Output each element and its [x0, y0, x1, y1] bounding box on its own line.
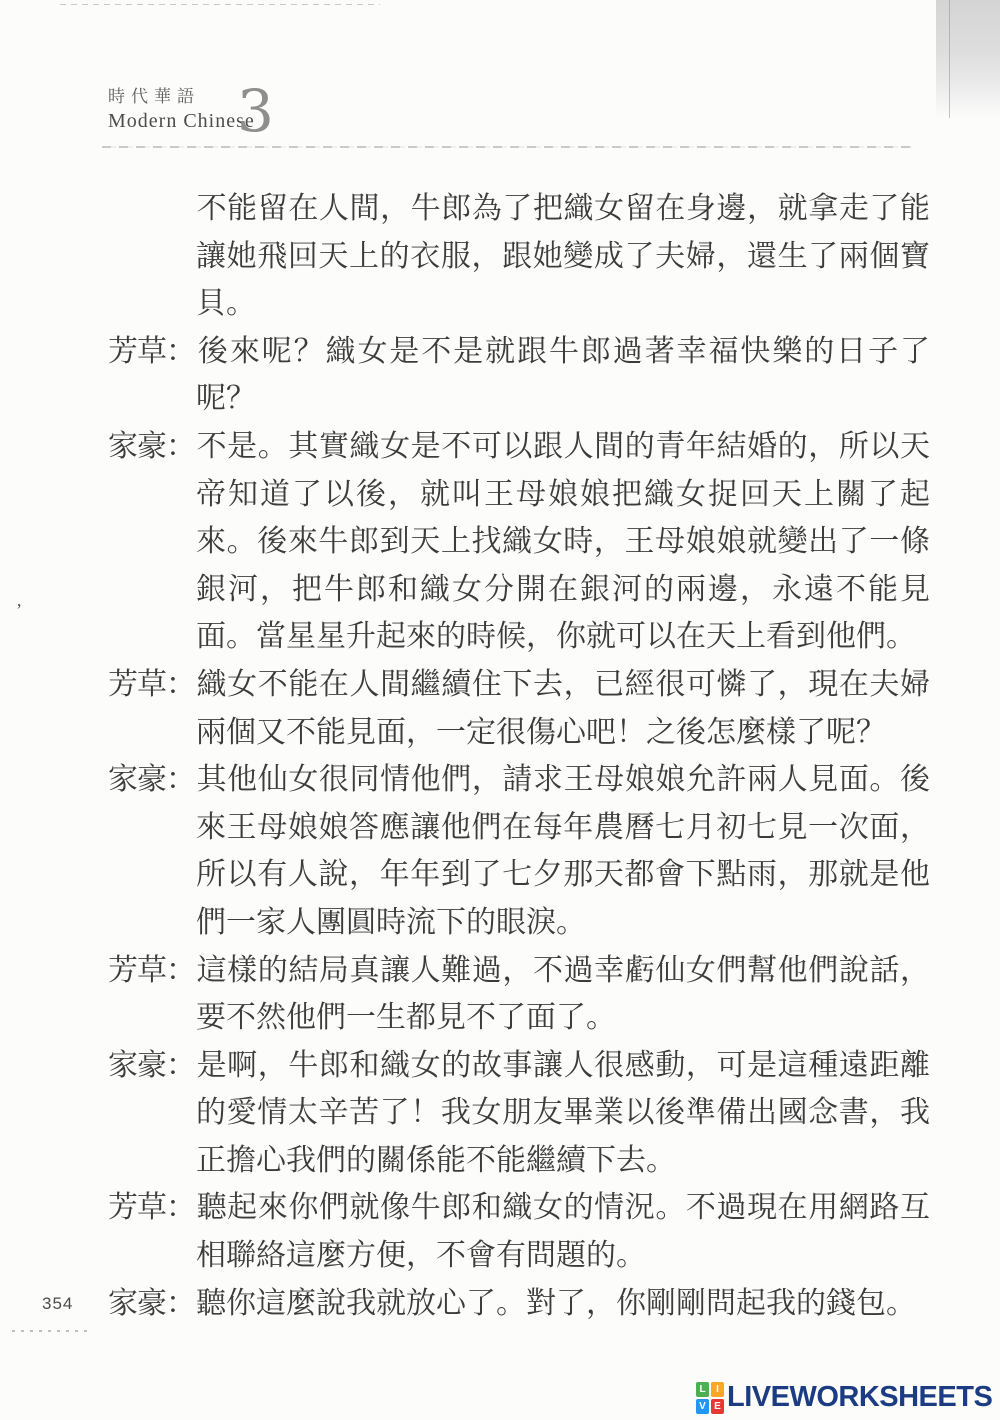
utterance-text: 後來呢？織女是不是就跟牛郎過著幸福快樂的日子了呢？ — [196, 335, 930, 416]
dialogue-text-block: 不能留在人間，牛郎為了把織女留在身邊，就拿走了能讓她飛回天上的衣服，跟她變成了夫… — [108, 185, 930, 1327]
dialogue-paragraph: 家豪：其他仙女很同情他們，請求王母娘娘允許兩人見面。後來王母娘娘答應讓他們在每年… — [108, 756, 930, 946]
dialogue-paragraph: 芳草：聽起來你們就像牛郎和織女的情況。不過現在用網路互相聯絡這麼方便，不會有問題… — [108, 1184, 930, 1279]
utterance-text: 不是。其實織女是不可以跟人間的青年結婚的，所以天帝知道了以後，就叫王母娘娘把織女… — [196, 430, 930, 653]
dialogue-paragraph: 家豪：不是。其實織女是不可以跟人間的青年結婚的，所以天帝知道了以後，就叫王母娘娘… — [108, 423, 930, 661]
dialogue-paragraph: 芳草：後來呢？織女是不是就跟牛郎過著幸福快樂的日子了呢？ — [108, 328, 930, 423]
speaker-label: 家豪： — [108, 423, 196, 471]
scan-dotted-line — [12, 1330, 90, 1332]
utterance-text: 其他仙女很同情他們，請求王母娘娘允許兩人見面。後來王母娘娘答應讓他們在每年農曆七… — [196, 763, 930, 939]
logo-tile-l: L — [696, 1382, 709, 1397]
speaker-label: 芳草： — [108, 661, 196, 709]
speaker-label: 芳草： — [108, 328, 196, 376]
logo-tile-i: I — [711, 1382, 724, 1397]
speaker-label: 家豪： — [108, 1042, 196, 1090]
book-header: 時代華語 Modern Chinese — [108, 86, 255, 134]
dialogue-paragraph: 家豪：聽你這麼說我就放心了。對了，你剛剛問起我的錢包。 — [108, 1280, 930, 1328]
scan-hairline — [60, 4, 380, 5]
utterance-text: 聽你這麼說我就放心了。對了，你剛剛問起我的錢包。 — [196, 1287, 916, 1320]
liveworksheets-wordmark: LIVEWORKSHEETS — [727, 1381, 992, 1414]
page-number: 354 — [42, 1294, 73, 1314]
speaker-label: 家豪： — [108, 756, 196, 804]
speaker-label: 芳草： — [108, 947, 196, 995]
series-title-en: Modern Chinese — [108, 108, 255, 134]
utterance-text: 是啊，牛郎和織女的故事讓人很感動，可是這種遠距離的愛情太辛苦了！我女朋友畢業以後… — [196, 1049, 930, 1177]
liveworksheets-logo[interactable]: LIVE LIVEWORKSHEETS — [696, 1381, 992, 1414]
dialogue-paragraph: 芳草：織女不能在人間繼續住下去，已經很可憐了，現在夫婦兩個又不能見面，一定很傷心… — [108, 661, 930, 756]
dialogue-paragraph: 家豪：是啊，牛郎和織女的故事讓人很感動，可是這種遠距離的愛情太辛苦了！我女朋友畢… — [108, 1042, 930, 1185]
scan-speck: ’ — [16, 600, 22, 621]
speaker-label: 家豪： — [108, 1280, 196, 1328]
dialogue-paragraph: 芳草：這樣的結局真讓人難過，不過幸虧仙女們幫他們說話，要不然他們一生都見不了面了… — [108, 947, 930, 1042]
utterance-text: 聽起來你們就像牛郎和織女的情況。不過現在用網路互相聯絡這麼方便，不會有問題的。 — [196, 1191, 930, 1272]
logo-tile-v: V — [696, 1399, 709, 1414]
liveworksheets-tiles-icon: LIVE — [696, 1382, 724, 1414]
utterance-text: 不能留在人間，牛郎為了把織女留在身邊，就拿走了能讓她飛回天上的衣服，跟她變成了夫… — [196, 192, 930, 320]
scan-edge-shadow — [936, 0, 1000, 118]
dialogue-paragraph: 不能留在人間，牛郎為了把織女留在身邊，就拿走了能讓她飛回天上的衣服，跟她變成了夫… — [108, 185, 930, 328]
logo-tile-e: E — [711, 1399, 724, 1414]
scanned-textbook-page: { "header": { "series_title_cjk": "時代華語"… — [0, 0, 1000, 1420]
series-title-cjk: 時代華語 — [108, 86, 255, 108]
speaker-label: 芳草： — [108, 1184, 196, 1232]
header-divider-line — [102, 146, 912, 148]
utterance-text: 織女不能在人間繼續住下去，已經很可憐了，現在夫婦兩個又不能見面，一定很傷心吧！之… — [196, 668, 930, 749]
volume-number: 3 — [237, 82, 274, 140]
utterance-text: 這樣的結局真讓人難過，不過幸虧仙女們幫他們說話，要不然他們一生都見不了面了。 — [196, 954, 930, 1035]
